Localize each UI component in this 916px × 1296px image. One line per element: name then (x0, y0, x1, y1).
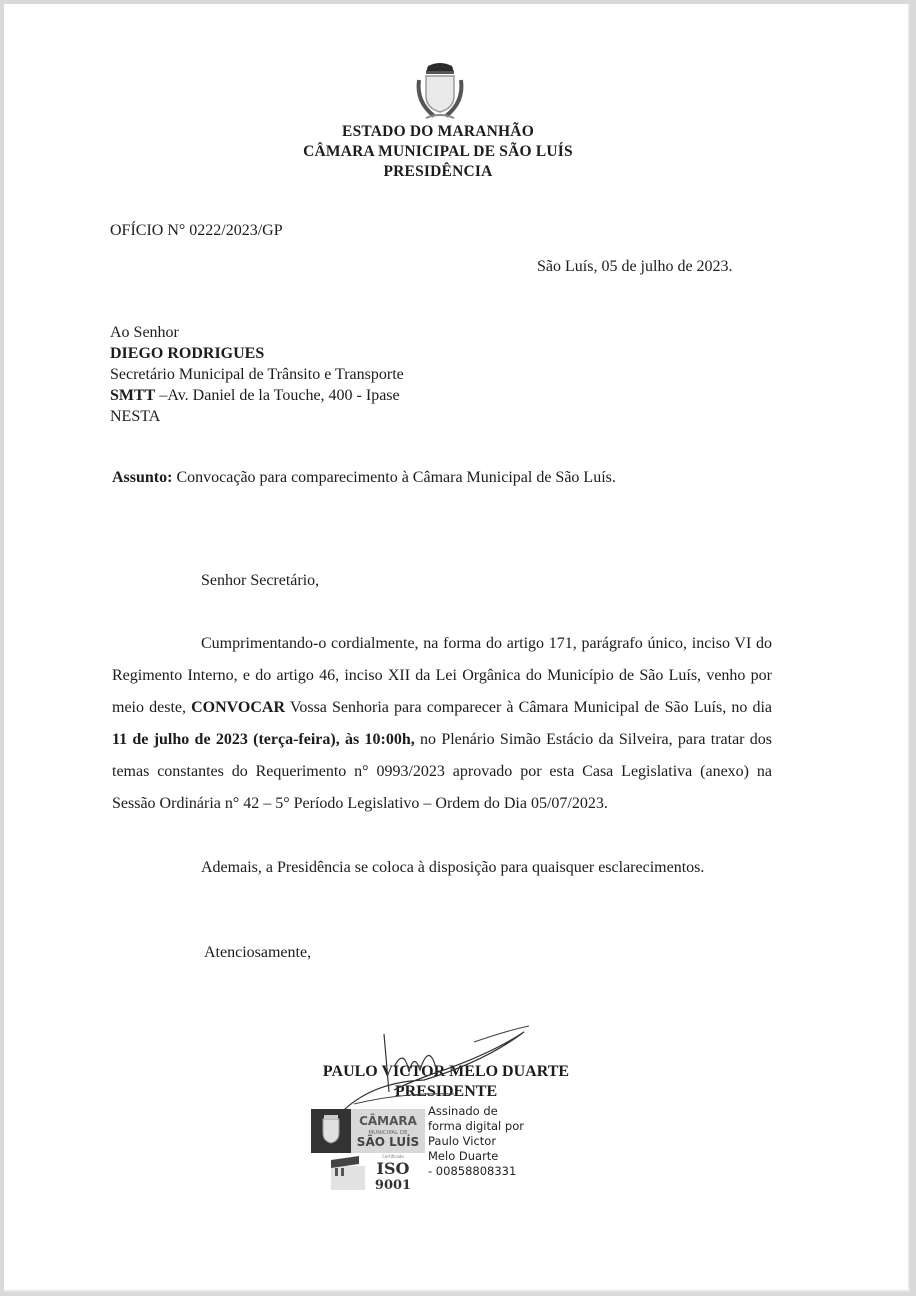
iso-9001-badge: Certificado ISO 9001 (329, 1152, 419, 1192)
recipient-block: Ao Senhor DIEGO RODRIGUES Secretário Mun… (110, 322, 404, 427)
subject-label: Assunto: (112, 469, 172, 486)
closing: Atenciosamente, (204, 944, 311, 962)
header-state: ESTADO DO MARANHÃO (4, 121, 872, 142)
document-reference: OFÍCIO N° 0222/2023/GP (110, 222, 283, 240)
subject-line: Assunto: Convocação para comparecimento … (112, 469, 616, 487)
handwritten-signature-icon (334, 1022, 544, 1112)
iso-certificate-icon: Certificado ISO 9001 (329, 1152, 419, 1192)
recipient-salutation: Ao Senhor (110, 322, 404, 343)
header-presidency: PRESIDÊNCIA (4, 161, 872, 182)
subject-text: Convocação para comparecimento à Câmara … (172, 469, 615, 486)
svg-text:SÃO LUÍS: SÃO LUÍS (357, 1134, 419, 1149)
digital-signature-text: Assinado de forma digital por Paulo Vict… (428, 1104, 524, 1179)
body-paragraph-2: Ademais, a Presidência se coloca à dispo… (112, 852, 772, 884)
camara-emblem-icon: CÂMARA MUNICIPAL DE SÃO LUÍS (311, 1109, 425, 1153)
recipient-title: Secretário Municipal de Trânsito e Trans… (110, 364, 404, 385)
recipient-location: NESTA (110, 406, 404, 427)
body-paragraph-1: Cumprimentando-o cordialmente, na forma … (112, 628, 772, 820)
svg-text:ISO: ISO (377, 1159, 410, 1178)
recipient-address: SMTT –Av. Daniel de la Touche, 400 - Ipa… (110, 385, 404, 406)
header-chamber: CÂMARA MUNICIPAL DE SÃO LUÍS (4, 141, 872, 162)
date-line: São Luís, 05 de julho de 2023. (537, 258, 733, 276)
document-page: ESTADO DO MARANHÃO CÂMARA MUNICIPAL DE S… (4, 4, 910, 1292)
camara-logo: CÂMARA MUNICIPAL DE SÃO LUÍS (311, 1109, 425, 1153)
greeting: Senhor Secretário, (201, 572, 319, 590)
coat-of-arms-icon (404, 62, 476, 124)
svg-text:CÂMARA: CÂMARA (359, 1113, 418, 1128)
svg-text:9001: 9001 (375, 1178, 411, 1192)
recipient-name: DIEGO RODRIGUES (110, 343, 404, 364)
